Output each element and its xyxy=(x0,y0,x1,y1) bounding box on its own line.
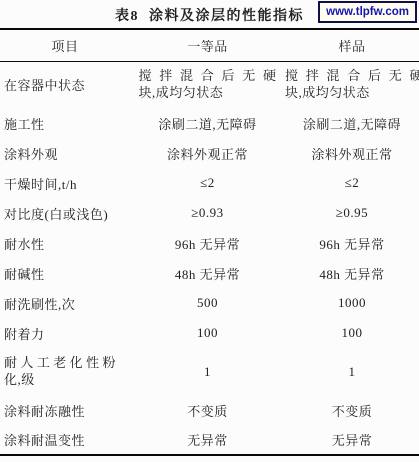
sample-cell: 涂料外观正常 xyxy=(285,138,419,168)
grade1-cell: 搅拌混合后无硬块,成均匀状态 xyxy=(130,61,285,108)
sample-cell: 100 xyxy=(285,318,419,348)
item-cell: 耐洗刷性,次 xyxy=(0,288,130,318)
table-row: 在容器中状态搅拌混合后无硬块,成均匀状态搅拌混合后无硬块,成均匀状态 xyxy=(0,61,419,108)
sample-cell: 搅拌混合后无硬块,成均匀状态 xyxy=(285,61,419,108)
grade1-cell: 100 xyxy=(130,318,285,348)
text-line: 块,成均匀状态 xyxy=(285,85,419,102)
sample-cell: 96h 无异常 xyxy=(285,228,419,258)
grade1-cell: 500 xyxy=(130,288,285,318)
item-cell: 对比度(白或浅色) xyxy=(0,198,130,228)
performance-table: 项目 一等品 样品 在容器中状态搅拌混合后无硬块,成均匀状态搅拌混合后无硬块,成… xyxy=(0,28,419,456)
sample-cell: 1 xyxy=(285,348,419,395)
grade1-cell: 48h 无异常 xyxy=(130,258,285,288)
grade1-cell: 1 xyxy=(130,348,285,395)
table-row: 耐水性96h 无异常96h 无异常 xyxy=(0,228,419,258)
header-grade1: 一等品 xyxy=(130,29,285,61)
header-row: 项目 一等品 样品 xyxy=(0,29,419,61)
header-sample: 样品 xyxy=(285,29,419,61)
item-cell: 附着力 xyxy=(0,318,130,348)
sample-cell: 48h 无异常 xyxy=(285,258,419,288)
grade1-cell: 涂刷二道,无障碍 xyxy=(130,108,285,138)
watermark-badge: www.tlpfw.com xyxy=(318,1,417,23)
text-line: 化,级 xyxy=(4,372,116,389)
item-cell: 施工性 xyxy=(0,108,130,138)
text-line: 耐人工老化性粉 xyxy=(4,355,116,372)
sample-cell: 不变质 xyxy=(285,395,419,425)
table-body: 在容器中状态搅拌混合后无硬块,成均匀状态搅拌混合后无硬块,成均匀状态施工性涂刷二… xyxy=(0,61,419,455)
table-row: 耐洗刷性,次5001000 xyxy=(0,288,419,318)
text-line: 搅拌混合后无硬 xyxy=(285,68,419,85)
multiline-text: 耐人工老化性粉化,级 xyxy=(4,355,116,388)
item-cell: 耐碱性 xyxy=(0,258,130,288)
grade1-cell: 无异常 xyxy=(130,425,285,455)
item-cell: 干燥时间,t/h xyxy=(0,168,130,198)
grade1-cell: 不变质 xyxy=(130,395,285,425)
item-cell: 涂料耐冻融性 xyxy=(0,395,130,425)
grade1-cell: 96h 无异常 xyxy=(130,228,285,258)
multiline-text: 搅拌混合后无硬块,成均匀状态 xyxy=(139,68,277,101)
sample-cell: 1000 xyxy=(285,288,419,318)
table-row: 对比度(白或浅色)≥0.93≥0.95 xyxy=(0,198,419,228)
table-row: 涂料耐冻融性不变质不变质 xyxy=(0,395,419,425)
sample-cell: ≥0.95 xyxy=(285,198,419,228)
text-line: 搅拌混合后无硬 xyxy=(139,68,277,85)
item-cell: 在容器中状态 xyxy=(0,61,130,108)
header-item: 项目 xyxy=(0,29,130,61)
grade1-cell: ≥0.93 xyxy=(130,198,285,228)
table-row: 耐碱性48h 无异常48h 无异常 xyxy=(0,258,419,288)
item-cell: 耐人工老化性粉化,级 xyxy=(0,348,130,395)
multiline-text: 搅拌混合后无硬块,成均匀状态 xyxy=(285,68,419,101)
table-row: 涂料耐温变性无异常无异常 xyxy=(0,425,419,455)
table-row: 耐人工老化性粉化,级11 xyxy=(0,348,419,395)
text-line: 块,成均匀状态 xyxy=(139,85,277,102)
sample-cell: 涂刷二道,无障碍 xyxy=(285,108,419,138)
item-cell: 涂料耐温变性 xyxy=(0,425,130,455)
document-page: 表8 涂料及涂层的性能指标 www.tlpfw.com 项目 一等品 样品 在容… xyxy=(0,0,419,462)
grade1-cell: 涂料外观正常 xyxy=(130,138,285,168)
table-row: 干燥时间,t/h≤2≤2 xyxy=(0,168,419,198)
item-cell: 耐水性 xyxy=(0,228,130,258)
sample-cell: 无异常 xyxy=(285,425,419,455)
grade1-cell: ≤2 xyxy=(130,168,285,198)
table-row: 附着力100100 xyxy=(0,318,419,348)
table-row: 涂料外观涂料外观正常涂料外观正常 xyxy=(0,138,419,168)
sample-cell: ≤2 xyxy=(285,168,419,198)
table-row: 施工性涂刷二道,无障碍涂刷二道,无障碍 xyxy=(0,108,419,138)
item-cell: 涂料外观 xyxy=(0,138,130,168)
